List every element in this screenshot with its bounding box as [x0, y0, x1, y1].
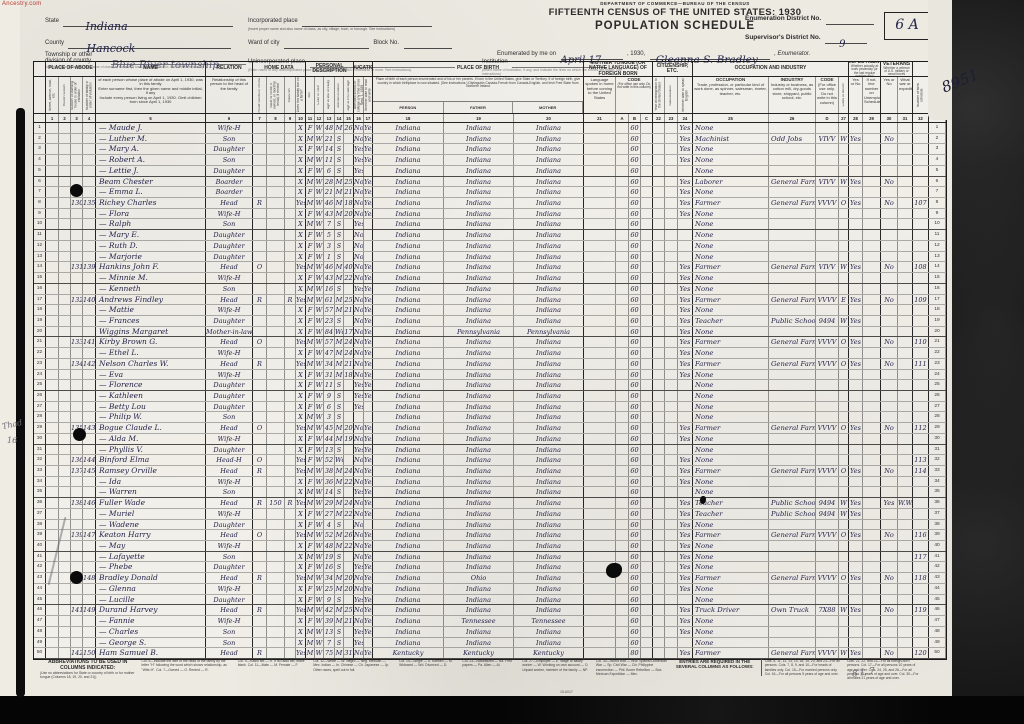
cell-rad: [285, 423, 296, 433]
cell-dw: [71, 252, 83, 262]
cell-im: [653, 520, 665, 530]
cell-ca: [616, 445, 629, 455]
cell-vet: [881, 316, 898, 326]
cell-sx: F: [306, 595, 315, 605]
cell-cr: W: [315, 166, 324, 176]
desc-vwrap: Whether able to speak English: [678, 77, 692, 113]
cell-ms: S: [335, 412, 344, 422]
cell-pf: Indiana: [444, 337, 514, 347]
cell-hn: [59, 477, 71, 487]
cell-ocd: [816, 252, 839, 262]
cell-war: [898, 380, 913, 390]
cell-pf: Indiana: [444, 359, 514, 369]
cell-rw: Yes: [364, 295, 373, 305]
desc-vert-label: Sex: [308, 92, 311, 98]
cell-pm: Indiana: [514, 509, 584, 519]
cell-cr: W: [315, 520, 324, 530]
cell-tg: [584, 402, 616, 412]
table-row: 32136144Binford ElmaHead-HOYesFW52WdNoYe…: [34, 455, 946, 466]
cell-cb: 60: [629, 209, 641, 219]
cell-rad: [285, 562, 296, 572]
cell-ln: 16: [34, 284, 46, 294]
cell-wkn: [863, 134, 881, 144]
cell-ca: [616, 134, 629, 144]
cell-cb: 60: [629, 252, 641, 262]
cell-ca: [616, 262, 629, 272]
cell-rad: [285, 573, 296, 583]
cell-fno: 117: [913, 552, 929, 562]
cell-hn: [59, 605, 71, 615]
desc-line: Industry or business, as cotton mill, dr…: [770, 83, 814, 101]
cell-hn: [59, 498, 71, 508]
cell-am: [344, 166, 354, 176]
cell-fa: [83, 230, 96, 240]
cell-in: General Farm: [769, 648, 816, 658]
cell-cw: W: [839, 177, 849, 187]
cell-na: [665, 166, 678, 176]
cell-cc: [641, 166, 653, 176]
cell-cb: 60: [629, 466, 641, 476]
cell-name: — Minnie M.: [96, 273, 206, 283]
population-schedule-table: PLACE OF ABODENAMERELATIONHOME DATAPERSO…: [33, 61, 947, 660]
cell-ms: S: [335, 445, 344, 455]
cell-ocd: VIVV: [816, 177, 839, 187]
desc-vert-label: Attended school or college any time sinc…: [354, 77, 363, 113]
cell-fno: [913, 144, 929, 154]
desc-code-box: CODE(For office use only. Do not write i…: [616, 77, 653, 113]
cell-hn: [59, 273, 71, 283]
cell-cr: W: [315, 273, 324, 283]
cell-val: [267, 134, 285, 144]
cell-st: [46, 327, 59, 337]
cell-rad: [285, 187, 296, 197]
colnum-13: 13: [324, 114, 335, 122]
cell-ln2: 34: [929, 477, 946, 487]
cell-wk: [849, 584, 863, 594]
cell-sx: F: [306, 187, 315, 197]
cell-sx: M: [306, 284, 315, 294]
cell-sc: No: [354, 520, 364, 530]
cell-val: [267, 573, 285, 583]
cell-ln: 39: [34, 530, 46, 540]
cell-ln: 14: [34, 262, 46, 272]
entries-block: Cols. 6, 11, 12, 13, 14, 18, 19, 20, and…: [761, 659, 841, 676]
cell-en: Yes: [678, 327, 693, 337]
table-row: 42— PhebeDaughterXFW16SYesYesIndianaIndi…: [34, 562, 946, 573]
cell-ocd: [816, 123, 839, 133]
cell-pm: Indiana: [514, 187, 584, 197]
cell-ms: M: [335, 605, 344, 615]
cell-ocd: [816, 616, 839, 626]
cell-im: [653, 305, 665, 315]
cell-pm: Indiana: [514, 166, 584, 176]
cell-am: [344, 412, 354, 422]
cell-ca: [616, 380, 629, 390]
cell-sc: No: [354, 573, 364, 583]
cell-ln: 7: [34, 187, 46, 197]
cell-rel: Head: [206, 262, 253, 272]
cell-pm: Indiana: [514, 573, 584, 583]
cell-val: [267, 230, 285, 240]
cell-pm: Indiana: [514, 123, 584, 133]
cell-ln: 29: [34, 423, 46, 433]
cell-hn: [59, 487, 71, 497]
cell-val: [267, 423, 285, 433]
group-label: RELATION: [216, 66, 241, 71]
cell-cc: [641, 230, 653, 240]
cell-na: [665, 252, 678, 262]
cell-ln2: 35: [929, 487, 946, 497]
colnum-B: B: [629, 114, 641, 122]
cell-pf: Indiana: [444, 412, 514, 422]
cell-pb: Indiana: [373, 284, 444, 294]
desc-vwrap: Naturalization: [665, 77, 677, 113]
cell-fa: 140: [83, 295, 96, 305]
cell-pb: Indiana: [373, 155, 444, 165]
cell-tg: [584, 359, 616, 369]
cell-en: Yes: [678, 134, 693, 144]
cell-ocd: [816, 552, 839, 562]
colnum-20: 20: [514, 114, 584, 122]
cell-fa: 149: [83, 605, 96, 615]
cell-wk: [849, 445, 863, 455]
cell-cw: [839, 348, 849, 358]
cell-ln2: 29: [929, 423, 946, 433]
cell-ln2: 16: [929, 284, 946, 294]
cell-cw: [839, 638, 849, 648]
table-row: 43140148Bradley DonaldHeadRYesMW34M20NoY…: [34, 573, 946, 584]
cell-am: 24: [344, 466, 354, 476]
cell-in: [769, 327, 816, 337]
cell-rw: Yes: [364, 123, 373, 133]
cell-val: [267, 305, 285, 315]
cell-tg: [584, 498, 616, 508]
cell-ten: O: [253, 337, 267, 347]
cell-ten: [253, 305, 267, 315]
cell-pb: Indiana: [373, 219, 444, 229]
cell-ocd: VIVV: [816, 134, 839, 144]
cell-rad: [285, 648, 296, 658]
cell-wkn: [863, 252, 881, 262]
cell-fm: X: [296, 134, 306, 144]
cell-tg: [584, 305, 616, 315]
cell-im: [653, 648, 665, 658]
cell-oc: Truck Driver: [693, 605, 769, 615]
cell-ca: [616, 187, 629, 197]
supervisor-district-label: Supervisor's District No.: [745, 34, 821, 41]
cell-ms: Wd: [335, 327, 344, 337]
cell-in: [769, 252, 816, 262]
cell-rel: Wife-H: [206, 541, 253, 551]
cell-cc: [641, 252, 653, 262]
cell-oc: None: [693, 252, 769, 262]
cell-fa: [83, 177, 96, 187]
cell-wk: [849, 273, 863, 283]
cell-ocd: [816, 380, 839, 390]
cell-pb: Indiana: [373, 380, 444, 390]
cell-val: [267, 541, 285, 551]
cell-rel: Head: [206, 337, 253, 347]
cell-cr: W: [315, 466, 324, 476]
cell-hn: [59, 198, 71, 208]
cell-war: [898, 327, 913, 337]
cell-wk: Yes: [849, 648, 863, 658]
cell-pm: Indiana: [514, 348, 584, 358]
desc-vert-label: Number of farm schedule: [917, 77, 924, 113]
cell-pb: Indiana: [373, 241, 444, 251]
cell-wkn: [863, 562, 881, 572]
cell-name: — Fannie: [96, 616, 206, 626]
cell-oc: Teacher: [693, 509, 769, 519]
cell-cb: 60: [629, 445, 641, 455]
cell-pf: Pennsylvania: [444, 327, 514, 337]
cell-rel: Son: [206, 638, 253, 648]
cell-ocd: VVVV: [816, 530, 839, 540]
cell-cr: W: [315, 455, 324, 465]
cell-hn: [59, 219, 71, 229]
cell-oc: None: [693, 230, 769, 240]
table-group-row: PLACE OF ABODENAMERELATIONHOME DATAPERSO…: [34, 62, 946, 77]
cell-ca: [616, 123, 629, 133]
cell-oc: Machinist: [693, 134, 769, 144]
cell-cc: [641, 241, 653, 251]
cell-cc: [641, 552, 653, 562]
cell-ln: 26: [34, 391, 46, 401]
cell-ca: [616, 252, 629, 262]
cell-am: 31: [344, 648, 354, 658]
cell-ms: M: [335, 498, 344, 508]
cell-name: Bradley Donald: [96, 573, 206, 583]
cell-vet: [881, 284, 898, 294]
cell-rad: [285, 434, 296, 444]
cell-val: [267, 466, 285, 476]
cell-dw: [71, 348, 83, 358]
cell-fa: 148: [83, 573, 96, 583]
cell-im: [653, 284, 665, 294]
cell-en: Yes: [678, 337, 693, 347]
cell-cw: [839, 219, 849, 229]
colnum-14: 14: [335, 114, 344, 122]
cell-am: [344, 627, 354, 637]
cell-cw: W: [839, 262, 849, 272]
cell-sc: Yes: [354, 391, 364, 401]
desc-line: Trade, profession, or particular kind of…: [694, 83, 767, 96]
cell-ca: [616, 327, 629, 337]
cell-ln: 5: [34, 166, 46, 176]
cell-im: [653, 552, 665, 562]
cell-name: — Phyllis V.: [96, 445, 206, 455]
cell-tg: [584, 477, 616, 487]
desc-en: Whether able to speak English: [678, 77, 693, 113]
table-row: 18— MattieWife-HXFW57M21NoYesIndianaIndi…: [34, 305, 946, 316]
cell-sx: M: [306, 552, 315, 562]
cell-fno: [913, 487, 929, 497]
cell-rel: Daughter: [206, 391, 253, 401]
cell-cr: W: [315, 638, 324, 648]
cell-cb: 60: [629, 573, 641, 583]
cell-vet: [881, 638, 898, 648]
cell-hn: [59, 327, 71, 337]
cell-ocd: [816, 187, 839, 197]
cell-val: [267, 273, 285, 283]
cell-ln: 48: [34, 627, 46, 637]
enumerated-label: Enumerated by me on: [497, 51, 556, 57]
cell-ten: [253, 177, 267, 187]
cell-fm: X: [296, 230, 306, 240]
cell-fno: [913, 252, 929, 262]
cell-fa: [83, 638, 96, 648]
cell-wkn: [863, 616, 881, 626]
cell-name: — Charles: [96, 627, 206, 637]
cell-rad: [285, 541, 296, 551]
cell-ocd: VVVV: [816, 423, 839, 433]
cell-rw: Yes: [364, 616, 373, 626]
cell-am: 22: [344, 273, 354, 283]
cell-im: [653, 198, 665, 208]
cell-tg: [584, 198, 616, 208]
cell-war: [898, 134, 913, 144]
cell-ln2: 1: [929, 123, 946, 133]
desc-line: If not, line number on Unemployment Sche…: [864, 78, 879, 104]
cell-in: [769, 305, 816, 315]
cell-ln2: 27: [929, 402, 946, 412]
cell-ln2: 45: [929, 595, 946, 605]
cell-rel: Daughter: [206, 445, 253, 455]
cell-rad: [285, 230, 296, 240]
cell-na: [665, 380, 678, 390]
cell-cr: W: [315, 584, 324, 594]
cell-ln: 6: [34, 177, 46, 187]
cell-ms: S: [335, 487, 344, 497]
cell-ln2: 12: [929, 241, 946, 251]
colnum-29: 29: [863, 114, 881, 122]
cell-fm: Yes: [296, 423, 306, 433]
cell-name: Kirby Brown G.: [96, 337, 206, 347]
cell-age: 46: [324, 262, 335, 272]
cell-rw: Yes: [364, 487, 373, 497]
cell-in: General Farm: [769, 337, 816, 347]
cell-fa: [83, 187, 96, 197]
cell-im: [653, 273, 665, 283]
cell-wk: [849, 123, 863, 133]
margin-note: 16: [7, 436, 17, 445]
cell-sc: No: [354, 605, 364, 615]
cell-oc: None: [693, 144, 769, 154]
cell-rel: Boarder: [206, 177, 253, 187]
cell-age: 16: [324, 284, 335, 294]
cell-rw: Yes: [364, 423, 373, 433]
cell-dw: [71, 316, 83, 326]
table-row: 47— FannieWife-HXFW39M21NoYesIndianaTenn…: [34, 616, 946, 627]
cell-en: [678, 219, 693, 229]
cell-ca: [616, 616, 629, 626]
cell-sc: No: [354, 230, 364, 240]
cell-na: [665, 187, 678, 197]
cell-name: — Muriel: [96, 509, 206, 519]
cell-cw: W: [839, 134, 849, 144]
table-row: 11— Mary E.DaughterXFW5SNoIndianaIndiana…: [34, 230, 946, 241]
cell-na: [665, 134, 678, 144]
cell-fa: [83, 445, 96, 455]
cell-ms: M: [335, 509, 344, 519]
cell-pb: Indiana: [373, 402, 444, 412]
cell-name: — Phebe: [96, 562, 206, 572]
cell-ten: [253, 209, 267, 219]
cell-tg: [584, 252, 616, 262]
cell-in: [769, 638, 816, 648]
cell-pb: Indiana: [373, 391, 444, 401]
cell-age: 28: [324, 177, 335, 187]
cell-in: General Farm: [769, 198, 816, 208]
cell-pf: Indiana: [444, 423, 514, 433]
table-row: 46141149Durand HarveyHeadRYesMW42M25NoYe…: [34, 605, 946, 616]
cell-oc: None: [693, 616, 769, 626]
cell-sx: F: [306, 370, 315, 380]
cell-wkn: [863, 638, 881, 648]
cell-val: [267, 177, 285, 187]
cell-rw: Yes: [364, 391, 373, 401]
cell-wk: Yes: [849, 177, 863, 187]
cell-ln2: 6: [929, 177, 946, 187]
cell-val: [267, 520, 285, 530]
cell-cw: [839, 584, 849, 594]
cell-ca: [616, 638, 629, 648]
cell-rel: Daughter: [206, 520, 253, 530]
cell-cw: W: [839, 316, 849, 326]
cell-rw: Yes: [364, 359, 373, 369]
cell-wkn: [863, 380, 881, 390]
cell-tg: [584, 487, 616, 497]
cell-am: [344, 380, 354, 390]
cell-en: Yes: [678, 466, 693, 476]
cell-im: [653, 187, 665, 197]
cell-pm: Indiana: [514, 541, 584, 551]
cell-pb: Indiana: [373, 445, 444, 455]
cell-cc: [641, 487, 653, 497]
desc-in: INDUSTRYIndustry or business, as cotton …: [769, 77, 816, 113]
cell-na: [665, 273, 678, 283]
cell-am: 24: [344, 498, 354, 508]
cell-pf: Indiana: [444, 155, 514, 165]
colnum-11: 11: [306, 114, 315, 122]
punch-hole: [73, 428, 86, 441]
cell-im: [653, 541, 665, 551]
cell-fa: [83, 327, 96, 337]
cell-sx: F: [306, 273, 315, 283]
cell-am: [344, 595, 354, 605]
cell-wkn: [863, 198, 881, 208]
cell-vet: [881, 477, 898, 487]
cell-ten: [253, 144, 267, 154]
cell-cc: [641, 262, 653, 272]
cell-cr: W: [315, 402, 324, 412]
cell-ln2: 50: [929, 648, 946, 658]
cell-st: [46, 455, 59, 465]
table-row: 37— MurielWife-HXFW27M22NoYesIndianaIndi…: [34, 509, 946, 520]
cell-am: 22: [344, 541, 354, 551]
cell-wk: Yes: [849, 198, 863, 208]
cell-na: [665, 434, 678, 444]
cell-age: 16: [324, 562, 335, 572]
cell-fa: [83, 520, 96, 530]
table-row: 7— Emma L.BoarderXFW21M21NoYesIndianaInd…: [34, 187, 946, 198]
cell-pf: Indiana: [444, 434, 514, 444]
cell-in: [769, 487, 816, 497]
colnum-19: 19: [444, 114, 514, 122]
cell-cr: W: [315, 144, 324, 154]
cell-im: [653, 370, 665, 380]
cell-ln2: 32: [929, 455, 946, 465]
